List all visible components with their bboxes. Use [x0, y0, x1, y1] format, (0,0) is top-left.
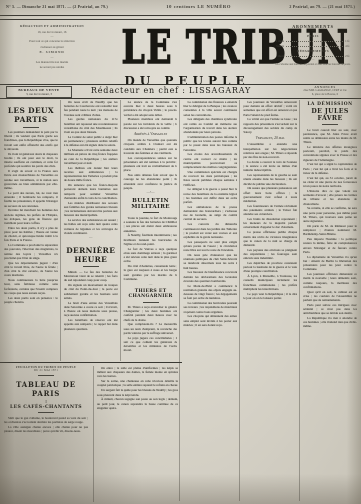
admin-note: Les manuscrits non insérés	[6, 60, 98, 65]
admin-note: ne seront pas rendus	[6, 65, 98, 70]
dot-leader	[286, 41, 343, 42]
subheading-arretes: Arrêtés à Versailles	[124, 132, 178, 136]
headline-line-1: LA DÉMISSION	[303, 102, 357, 107]
headline-rule	[83, 266, 99, 267]
newspaper-page: N° 5. — Dimanche 21 mai 1871. — (2 Prair…	[0, 0, 361, 504]
admin-heading: RÉDACTION ET ADMINISTRATION	[6, 24, 98, 29]
issue-number-date: N° 5. — Dimanche 21 mai 1871. — (2 Prair…	[6, 4, 108, 9]
price-value: 4 fr.	[345, 44, 350, 48]
article-paragraphs: Toute la journée, le fort de Montrouge a…	[124, 216, 178, 281]
abonnements-section-departements: DÉPARTEMENTS	[270, 49, 356, 53]
admin-note: s'adresser au gérant	[6, 45, 98, 50]
feuilleton-paragraphs: Sitôt que le gaz s'allume, le boulevard …	[4, 416, 88, 433]
price-line: 10 centimes LE NUMÉRO	[166, 4, 231, 9]
bureaux-de-vente-box: BUREAUX DE VENTE 3, rue du Croissant, 3	[6, 86, 72, 98]
masthead-title: LE TRIBUN	[121, 22, 252, 72]
dash-separator: —	[270, 58, 356, 62]
feuilleton-subtitle: LES CAFÉS-CHANTANTS	[4, 405, 88, 410]
news-column-1: LES DEUX PARTIS Les premiers demandent l…	[4, 100, 58, 361]
feuilleton-section: FEUILLETON DU TRIBUN DU PEUPLE DU 21 MAI…	[4, 366, 178, 502]
section-ornament: —	[124, 283, 178, 287]
administration-box: RÉDACTION ET ADMINISTRATION 16, rue du C…	[6, 24, 98, 71]
headline-rule	[322, 124, 338, 125]
dateline-versailles: Versailles, 20 mai.	[243, 136, 297, 140]
article-paragraphs: La commission des finances a entendu hie…	[183, 100, 237, 327]
news-column-4: La commission des finances a entendu hie…	[179, 100, 237, 501]
article-paragraphs: La séance de la Commune s'est ouverte hi…	[124, 100, 178, 130]
section-ornament: —•—	[124, 191, 178, 195]
headline-rule	[23, 127, 39, 128]
article-paragraphs: M. Thiers a reçu avant-hier le général C…	[124, 305, 178, 353]
price-label: 3 mois	[276, 44, 284, 48]
news-column-5: Les journaux de Versailles annoncent pou…	[239, 100, 297, 501]
band-bottom-rule	[0, 98, 361, 99]
abonnements-section-paris: PARIS	[270, 34, 356, 38]
headline-bulletin-militaire: BULLETIN MILITAIRE	[124, 198, 178, 210]
price-row: 1 mois 1 fr.	[276, 39, 350, 43]
headline-rule	[38, 412, 54, 413]
annonces-box: ANNONCESchez MM. LAGRANGE, CERF et Cie6,…	[294, 85, 356, 97]
news-column-6: LA DÉMISSION DE JULES FAVRE Le bruit cou…	[299, 100, 357, 501]
headline-derniere-heure: DERNIÈRE HEURE	[64, 246, 118, 264]
masthead: LE TRIBUN DU PEUPLE	[96, 22, 278, 88]
article-paragraphs: Le bruit courait hier au soir, avec pers…	[303, 128, 357, 329]
feuilleton-rule	[0, 362, 182, 363]
news-column-3: La séance de la Commune s'est ouverte hi…	[120, 100, 178, 361]
price-label: 1 mois	[276, 39, 284, 43]
editor-in-chief-line: Rédacteur en chef : LISSAGARAY	[78, 86, 264, 95]
article-paragraphs: Les premiers demandent la paix par la li…	[4, 130, 58, 304]
headline-rule	[38, 375, 54, 376]
abonnements-box: ABONNEMENTS — PARIS 1 mois 1 fr. 3 mois …	[270, 24, 356, 67]
feuilleton-title: TABLEAU DE PARIS	[4, 380, 88, 398]
section-ornament: —	[64, 236, 118, 240]
article-paragraphs: Les journaux de Versailles annoncent pou…	[243, 100, 297, 134]
headline-rule	[143, 212, 159, 213]
price-row: 3 mois 4 fr.	[276, 44, 350, 48]
headline-les-deux-partis: LES DEUX PARTIS	[4, 106, 58, 124]
vente-address: 3, rue du Croissant, 3	[7, 92, 71, 96]
feuilleton-text-column: On entre ; la salle est pleine d'uniform…	[93, 366, 178, 502]
feuilleton-date: DU 21 MAI 1871	[4, 369, 88, 372]
headline-demission-jules-favre: LA DÉMISSION DE JULES FAVRE	[303, 102, 357, 122]
article-paragraphs: On mande de Versailles que quarante cito…	[124, 138, 178, 190]
article-paragraphs: On nous écrit de Neuilly que les batteri…	[64, 100, 118, 235]
feuilleton-head-column: FEUILLETON DU TRIBUN DU PEUPLE DU 21 MAI…	[4, 366, 88, 502]
article-paragraphs: L'Assemblée a entendu une interpellation…	[243, 142, 297, 300]
feuilleton-paragraphs: On entre ; la salle est pleine d'uniform…	[97, 366, 178, 410]
dateline-row: N° 5. — Dimanche 21 mai 1871. — (2 Prair…	[6, 4, 355, 9]
feuilleton-part-number: I	[4, 399, 88, 404]
republican-date: 2 Prairial, an 79. — (21 mai 1871.)	[289, 4, 355, 9]
price-label: 1 mois	[276, 54, 284, 58]
headline-rule	[143, 302, 159, 303]
price-value: 1 fr.	[345, 39, 350, 43]
dot-leader	[286, 46, 343, 47]
dash-separator: —	[270, 29, 356, 33]
article-paragraphs: Minuit. — Le feu des batteries de Montre…	[64, 270, 118, 331]
news-column-2: On nous écrit de Neuilly que les batteri…	[60, 100, 118, 361]
admin-note: Pour tout ce qui concerne la rédaction	[6, 39, 98, 44]
price-value: 2 fr.	[345, 54, 350, 58]
abonnements-note: On s'abonne aux bureaux du journal et da…	[270, 63, 356, 67]
headline-line-2: DE JULES FAVRE	[303, 108, 357, 122]
headline-thiers-changarnier: THIERS ET CHANGARNIER	[124, 289, 178, 299]
